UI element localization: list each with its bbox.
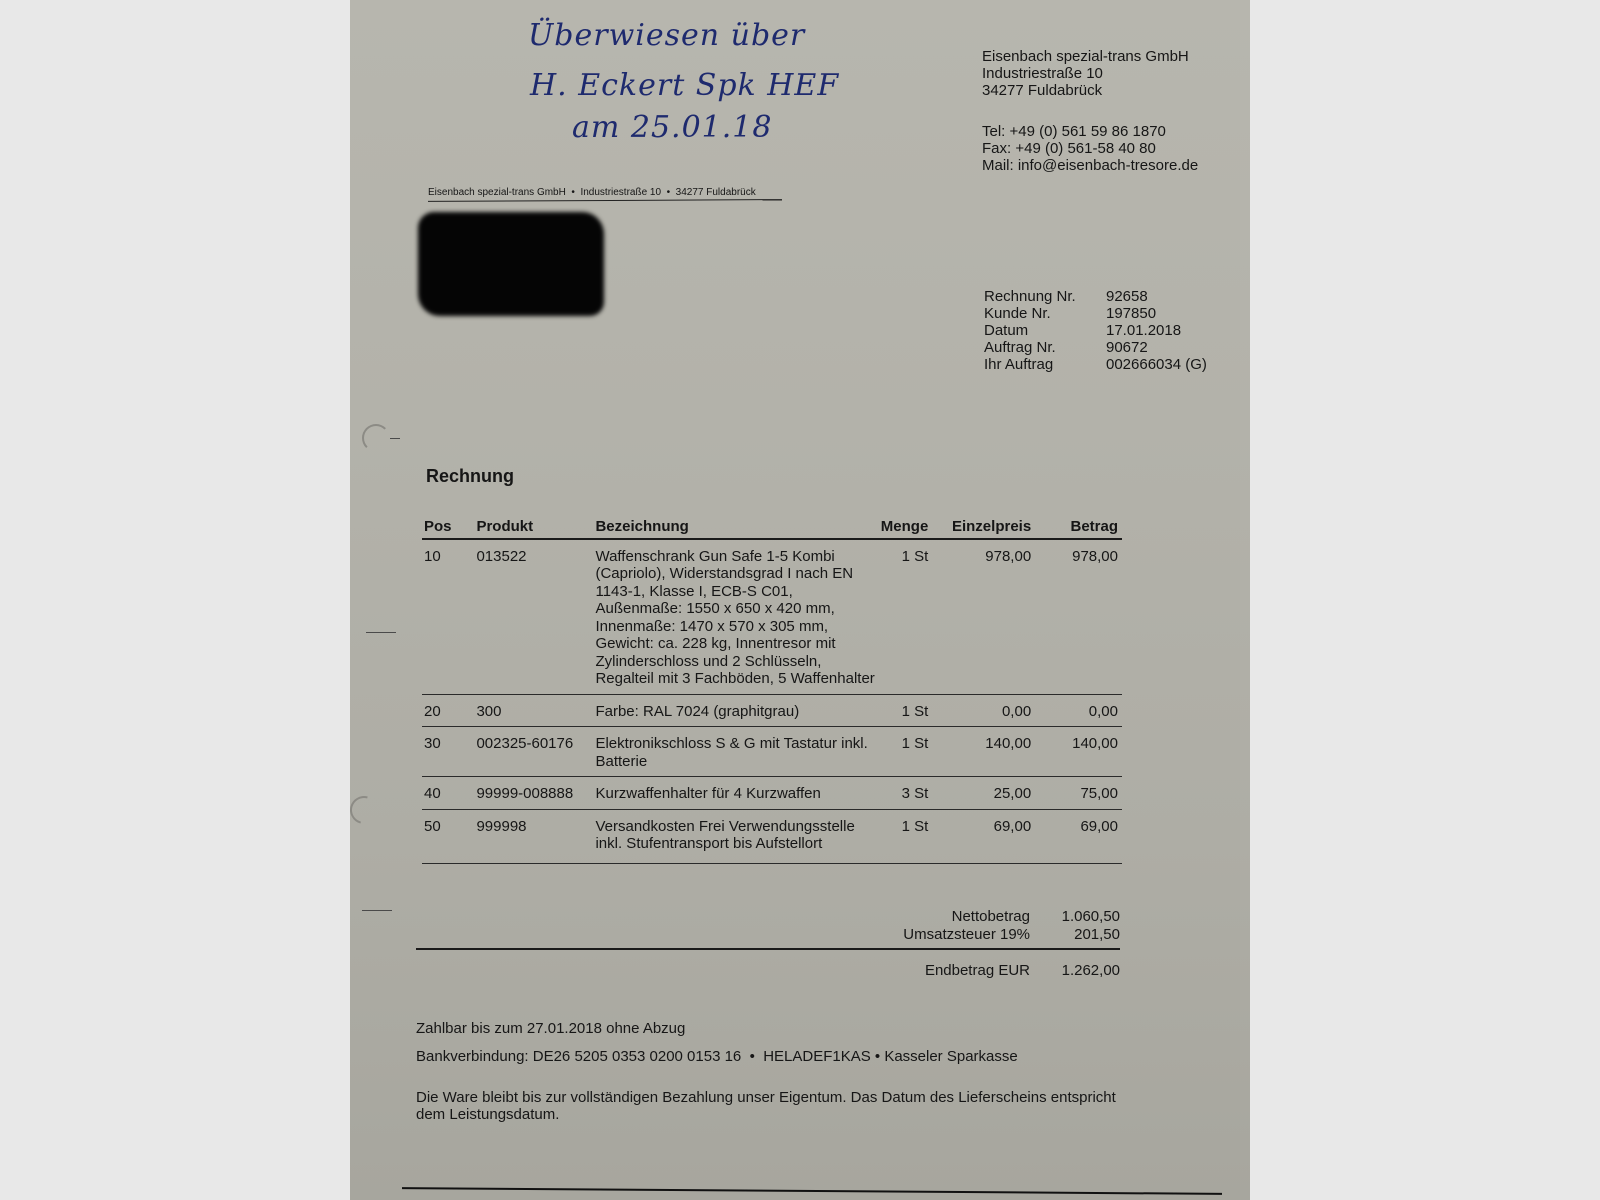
cell-qty: 1 St: [876, 727, 928, 777]
payment-terms: Zahlbar bis zum 27.01.2018 ohne Abzug Ba…: [416, 1020, 1116, 1134]
sender-company: Eisenbach spezial-trans GmbH: [982, 48, 1189, 65]
line-items-table: Pos Produkt Bezeichnung Menge Einzelprei…: [422, 518, 1122, 864]
cell-amount: 75,00: [1031, 777, 1122, 810]
invoice-page: Überwiesen über H. Eckert Spk HEF am 25.…: [350, 0, 1250, 1200]
meta-label: Auftrag Nr.: [984, 339, 1106, 356]
cell-qty: 1 St: [876, 809, 928, 863]
sender-address: Eisenbach spezial-trans GmbH Industriest…: [982, 48, 1189, 99]
bottom-rule: [402, 1187, 1222, 1195]
handwritten-line-1: Überwiesen über: [528, 16, 805, 56]
cell-unit-price: 25,00: [928, 777, 1031, 810]
header-qty: Menge: [876, 518, 928, 539]
header-description: Bezeichnung: [595, 518, 875, 539]
cell-amount: 978,00: [1031, 539, 1122, 695]
invoice-meta-row: Kunde Nr.197850: [984, 305, 1207, 322]
payment-due: Zahlbar bis zum 27.01.2018 ohne Abzug: [416, 1020, 1116, 1037]
table-row: 10013522Waffenschrank Gun Safe 1-5 Kombi…: [422, 539, 1122, 695]
fold-mark: [390, 438, 400, 439]
cell-pos: 50: [422, 809, 476, 863]
cell-product: 002325-60176: [476, 727, 595, 777]
cell-product: 013522: [476, 539, 595, 695]
net-label: Nettobetrag: [952, 908, 1030, 926]
fold-mark: [362, 910, 392, 911]
meta-value: 90672: [1106, 339, 1207, 356]
header-amount: Betrag: [1031, 518, 1122, 539]
total-value: 1.262,00: [1030, 962, 1120, 980]
cell-unit-price: 978,00: [928, 539, 1031, 695]
handwritten-line-2: H. Eckert Spk HEF: [530, 66, 839, 106]
cell-product: 99999-008888: [476, 777, 595, 810]
meta-value: 002666034 (G): [1106, 356, 1207, 373]
meta-label: Ihr Auftrag: [984, 356, 1106, 373]
header-pos: Pos: [422, 518, 476, 539]
cell-pos: 10: [422, 539, 476, 695]
return-address-rule: [428, 199, 782, 202]
table-row: 50999998Versandkosten Frei Verwendungsst…: [422, 809, 1122, 863]
cell-pos: 30: [422, 727, 476, 777]
cell-amount: 69,00: [1031, 809, 1122, 863]
return-address-line: Eisenbach spezial-trans GmbH • Industrie…: [428, 187, 756, 198]
cell-description: Waffenschrank Gun Safe 1-5 Kombi (Caprio…: [595, 539, 875, 695]
totals-block: Nettobetrag 1.060,50 Umsatzsteuer 19% 20…: [416, 908, 1120, 980]
cell-description: Elektronikschloss S & G mit Tastatur ink…: [595, 727, 875, 777]
table-row: 4099999-008888Kurzwaffenhalter für 4 Kur…: [422, 777, 1122, 810]
meta-label: Datum: [984, 322, 1106, 339]
cell-unit-price: 0,00: [928, 694, 1031, 727]
meta-label: Rechnung Nr.: [984, 288, 1106, 305]
total-row: Endbetrag EUR 1.262,00: [416, 962, 1120, 980]
cell-qty: 1 St: [876, 694, 928, 727]
invoice-meta-row: Ihr Auftrag002666034 (G): [984, 356, 1207, 373]
invoice-meta-row: Auftrag Nr.90672: [984, 339, 1207, 356]
punch-hole-mark: [362, 424, 390, 452]
bank-details: Bankverbindung: DE26 5205 0353 0200 0153…: [416, 1048, 1116, 1065]
meta-value: 17.01.2018: [1106, 322, 1207, 339]
net-value: 1.060,50: [1030, 908, 1120, 926]
table-row: 20300Farbe: RAL 7024 (graphitgrau)1 St0,…: [422, 694, 1122, 727]
sender-fax: Fax: +49 (0) 561-58 40 80: [982, 140, 1198, 157]
header-unit-price: Einzelpreis: [928, 518, 1031, 539]
cell-unit-price: 69,00: [928, 809, 1031, 863]
invoice-meta-row: Rechnung Nr.92658: [984, 288, 1207, 305]
cell-description: Versandkosten Frei Verwendungsstelle ink…: [595, 809, 875, 863]
cell-amount: 0,00: [1031, 694, 1122, 727]
header-product: Produkt: [476, 518, 595, 539]
cell-amount: 140,00: [1031, 727, 1122, 777]
cell-product: 999998: [476, 809, 595, 863]
cell-description: Farbe: RAL 7024 (graphitgrau): [595, 694, 875, 727]
cell-product: 300: [476, 694, 595, 727]
document-title: Rechnung: [426, 466, 514, 487]
total-label: Endbetrag EUR: [925, 962, 1030, 980]
meta-value: 92658: [1106, 288, 1207, 305]
table-row: 30002325-60176Elektronikschloss S & G mi…: [422, 727, 1122, 777]
vat-row: Umsatzsteuer 19% 201,50: [416, 926, 1120, 944]
handwritten-line-3: am 25.01.18: [572, 108, 772, 148]
cell-description: Kurzwaffenhalter für 4 Kurzwaffen: [595, 777, 875, 810]
sender-street: Industriestraße 10: [982, 65, 1189, 82]
sender-mail: Mail: info@eisenbach-tresore.de: [982, 157, 1198, 174]
meta-label: Kunde Nr.: [984, 305, 1106, 322]
meta-value: 197850: [1106, 305, 1207, 322]
sender-contact: Tel: +49 (0) 561 59 86 1870 Fax: +49 (0)…: [982, 123, 1198, 174]
cell-qty: 3 St: [876, 777, 928, 810]
redaction-blot: [418, 212, 604, 316]
fold-mark: [366, 632, 396, 633]
cell-unit-price: 140,00: [928, 727, 1031, 777]
sender-tel: Tel: +49 (0) 561 59 86 1870: [982, 123, 1198, 140]
totals-rule: [416, 948, 1120, 950]
punch-hole-mark: [345, 791, 383, 829]
net-row: Nettobetrag 1.060,50: [416, 908, 1120, 926]
retention-note: Die Ware bleibt bis zur vollständigen Be…: [416, 1089, 1116, 1123]
cell-pos: 20: [422, 694, 476, 727]
sender-city: 34277 Fuldabrück: [982, 82, 1189, 99]
table-header-row: Pos Produkt Bezeichnung Menge Einzelprei…: [422, 518, 1122, 539]
invoice-meta: Rechnung Nr.92658Kunde Nr.197850Datum17.…: [984, 288, 1207, 373]
vat-value: 201,50: [1030, 926, 1120, 944]
cell-qty: 1 St: [876, 539, 928, 695]
invoice-meta-row: Datum17.01.2018: [984, 322, 1207, 339]
vat-label: Umsatzsteuer 19%: [903, 926, 1030, 944]
cell-pos: 40: [422, 777, 476, 810]
